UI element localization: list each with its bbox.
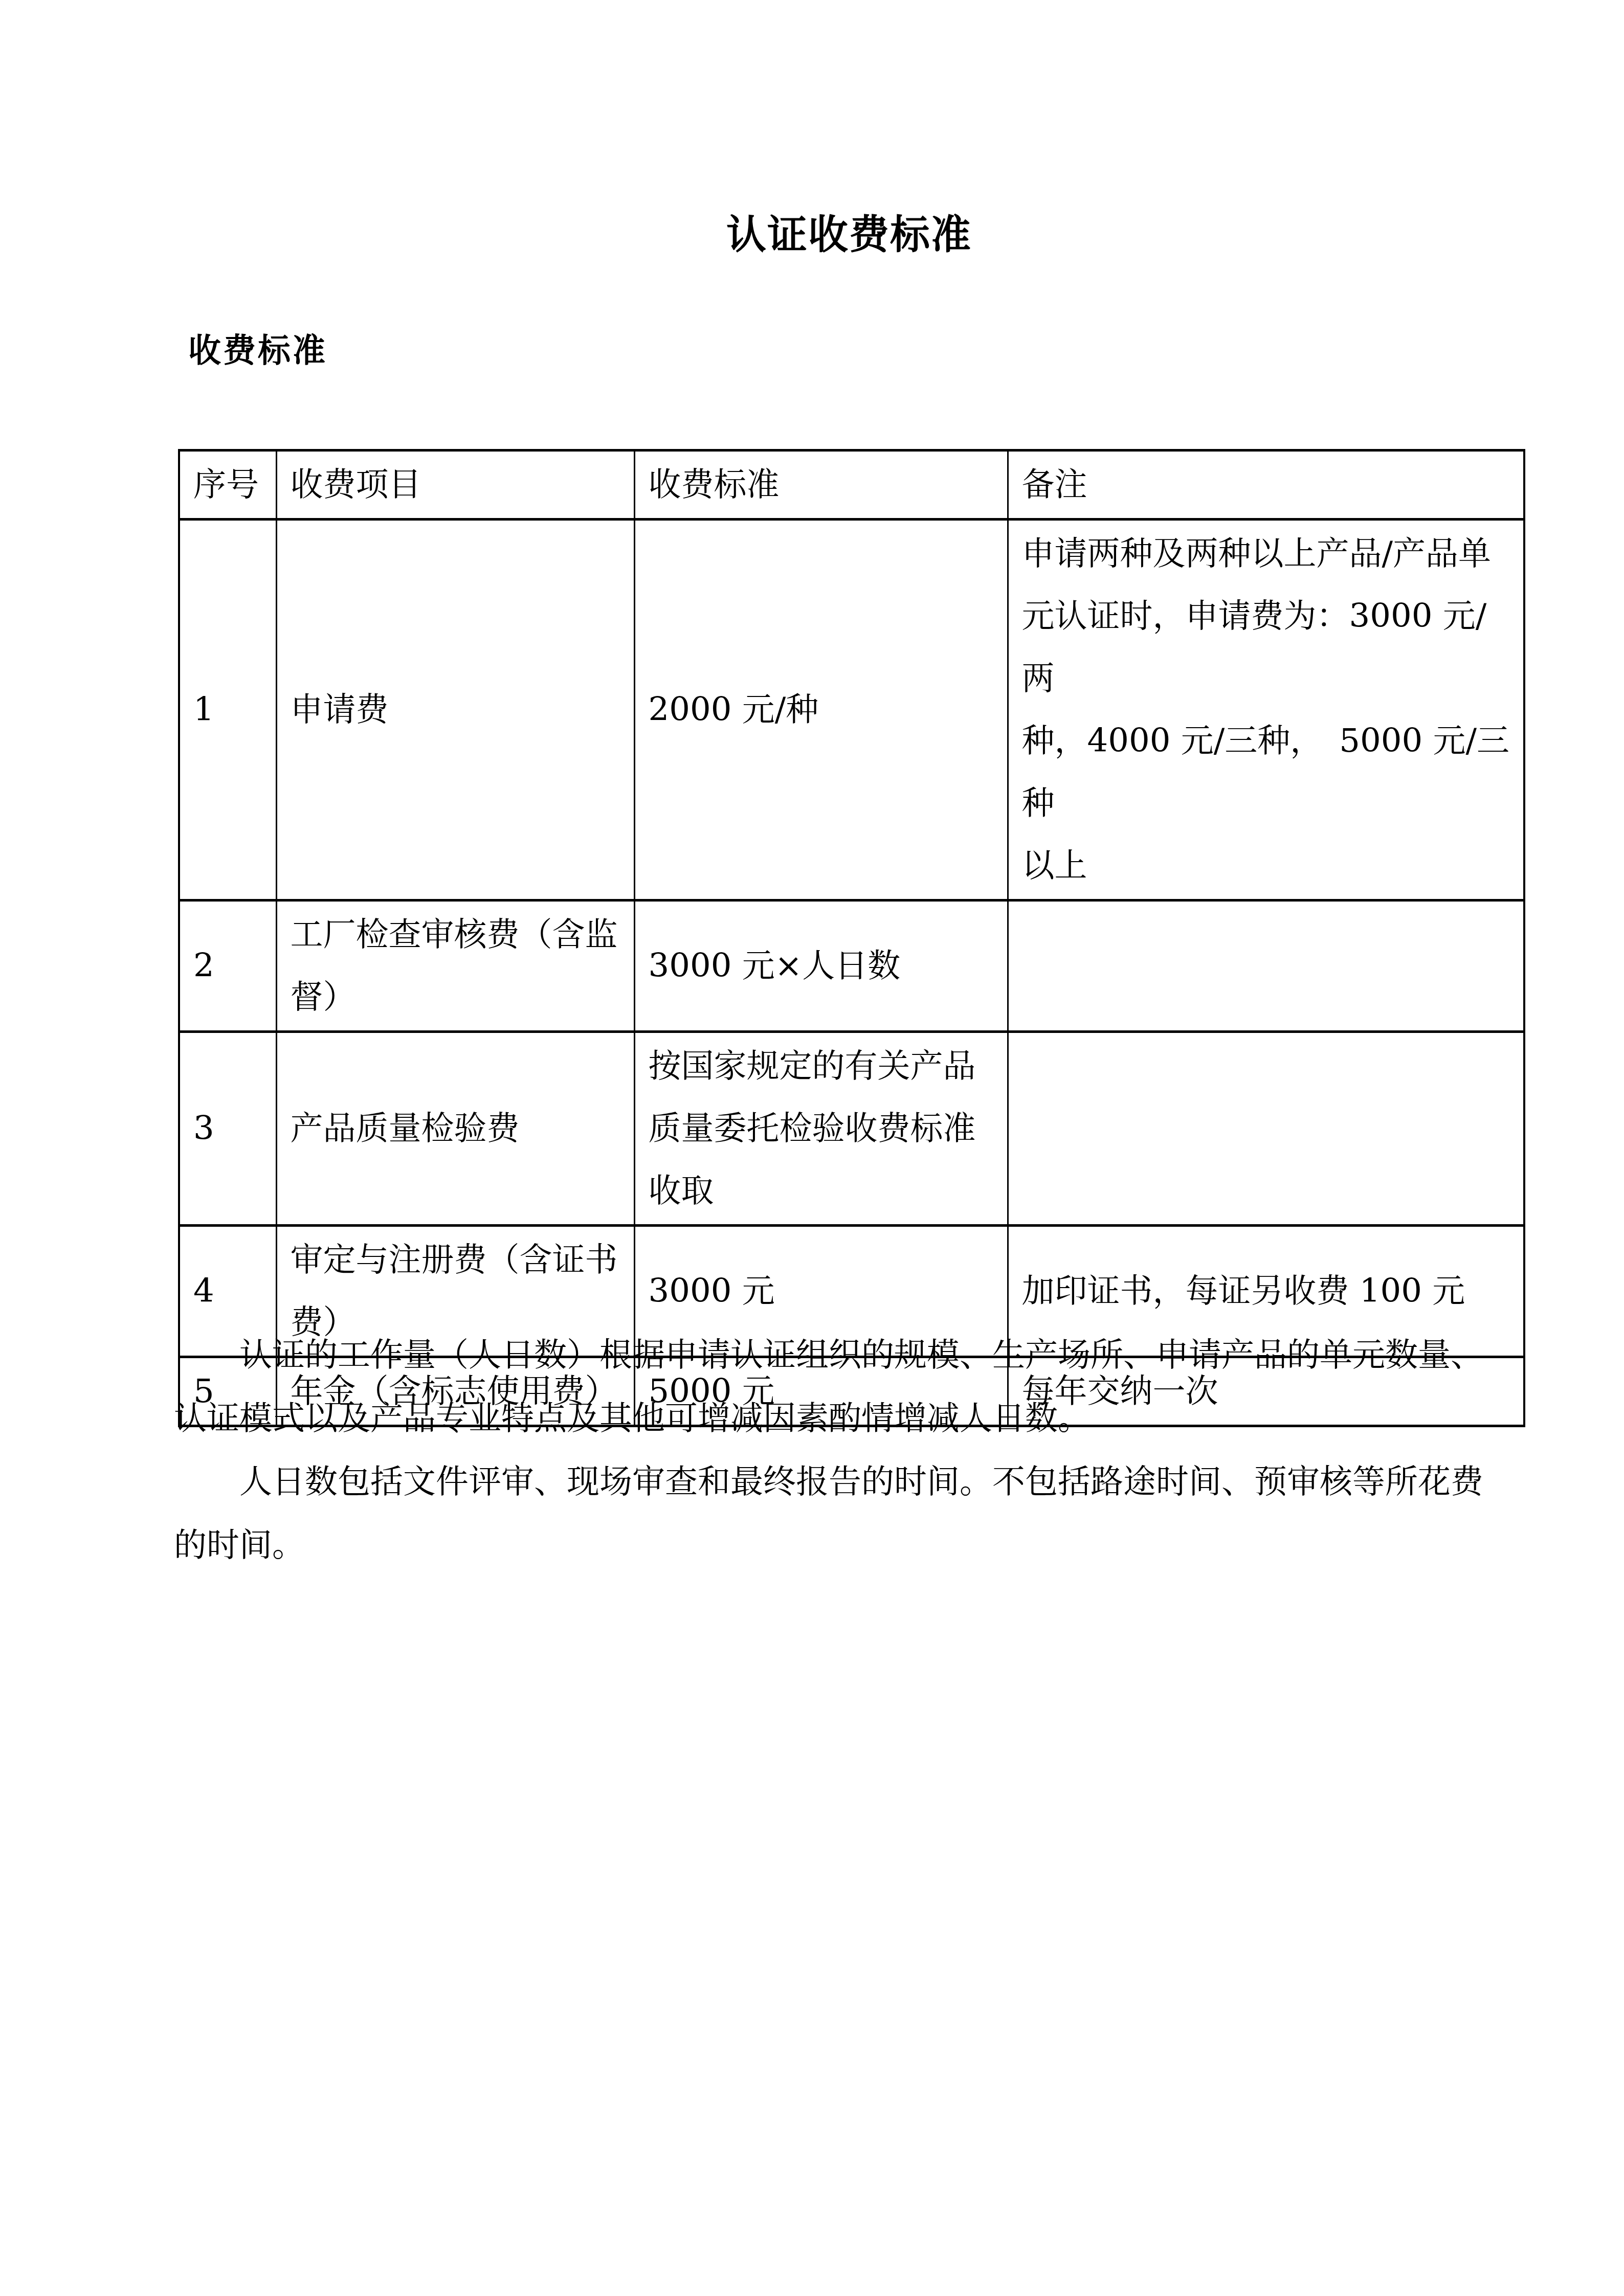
fee-table: 序号 收费项目 收费标准 备注 1 申请费 2000 元/种 申请两种及两种以上… <box>178 449 1525 1427</box>
header-cell-item: 收费项目 <box>276 451 634 520</box>
cell-standard: 按国家规定的有关产品 质量委托检验收费标准 收取 <box>634 1032 1008 1226</box>
header-cell-standard: 收费标准 <box>634 451 1008 520</box>
section-heading: 收费标准 <box>188 329 327 372</box>
cell-standard: 3000 元×人日数 <box>634 901 1008 1032</box>
cell-no: 2 <box>179 901 276 1032</box>
cell-no: 3 <box>179 1032 276 1226</box>
table-row: 3 产品质量检验费 按国家规定的有关产品 质量委托检验收费标准 收取 <box>179 1032 1524 1226</box>
cell-item: 申请费 <box>276 520 634 901</box>
note-paragraph-workload: 认证的工作量（人日数）根据申请认证组织的规模、生产场所、申请产品的单元数量、 认… <box>174 1323 1524 1450</box>
page-title: 认证收费标准 <box>174 211 1524 260</box>
footnotes: 认证的工作量（人日数）根据申请认证组织的规模、生产场所、申请产品的单元数量、 认… <box>174 1323 1524 1577</box>
table-row: 1 申请费 2000 元/种 申请两种及两种以上产品/产品单 元认证时，申请费为… <box>179 520 1524 901</box>
header-cell-no: 序号 <box>179 451 276 520</box>
cell-remark <box>1008 901 1524 1032</box>
cell-remark: 申请两种及两种以上产品/产品单 元认证时，申请费为：3000 元/两 种，400… <box>1008 520 1524 901</box>
cell-remark <box>1008 1032 1524 1226</box>
header-cell-remark: 备注 <box>1008 451 1524 520</box>
cell-standard: 2000 元/种 <box>634 520 1008 901</box>
cell-item: 产品质量检验费 <box>276 1032 634 1226</box>
note-paragraph-mandays: 人日数包括文件评审、现场审查和最终报告的时间。不包括路途时间、预审核等所花费 的… <box>174 1450 1524 1577</box>
document-page: 认证收费标准 收费标准 序号 收费项目 收费标准 备注 1 申请费 2000 元… <box>0 0 1624 2296</box>
table-header-row: 序号 收费项目 收费标准 备注 <box>179 451 1524 520</box>
table-row: 2 工厂检查审核费（含监 督） 3000 元×人日数 <box>179 901 1524 1032</box>
cell-item: 工厂检查审核费（含监 督） <box>276 901 634 1032</box>
cell-no: 1 <box>179 520 276 901</box>
